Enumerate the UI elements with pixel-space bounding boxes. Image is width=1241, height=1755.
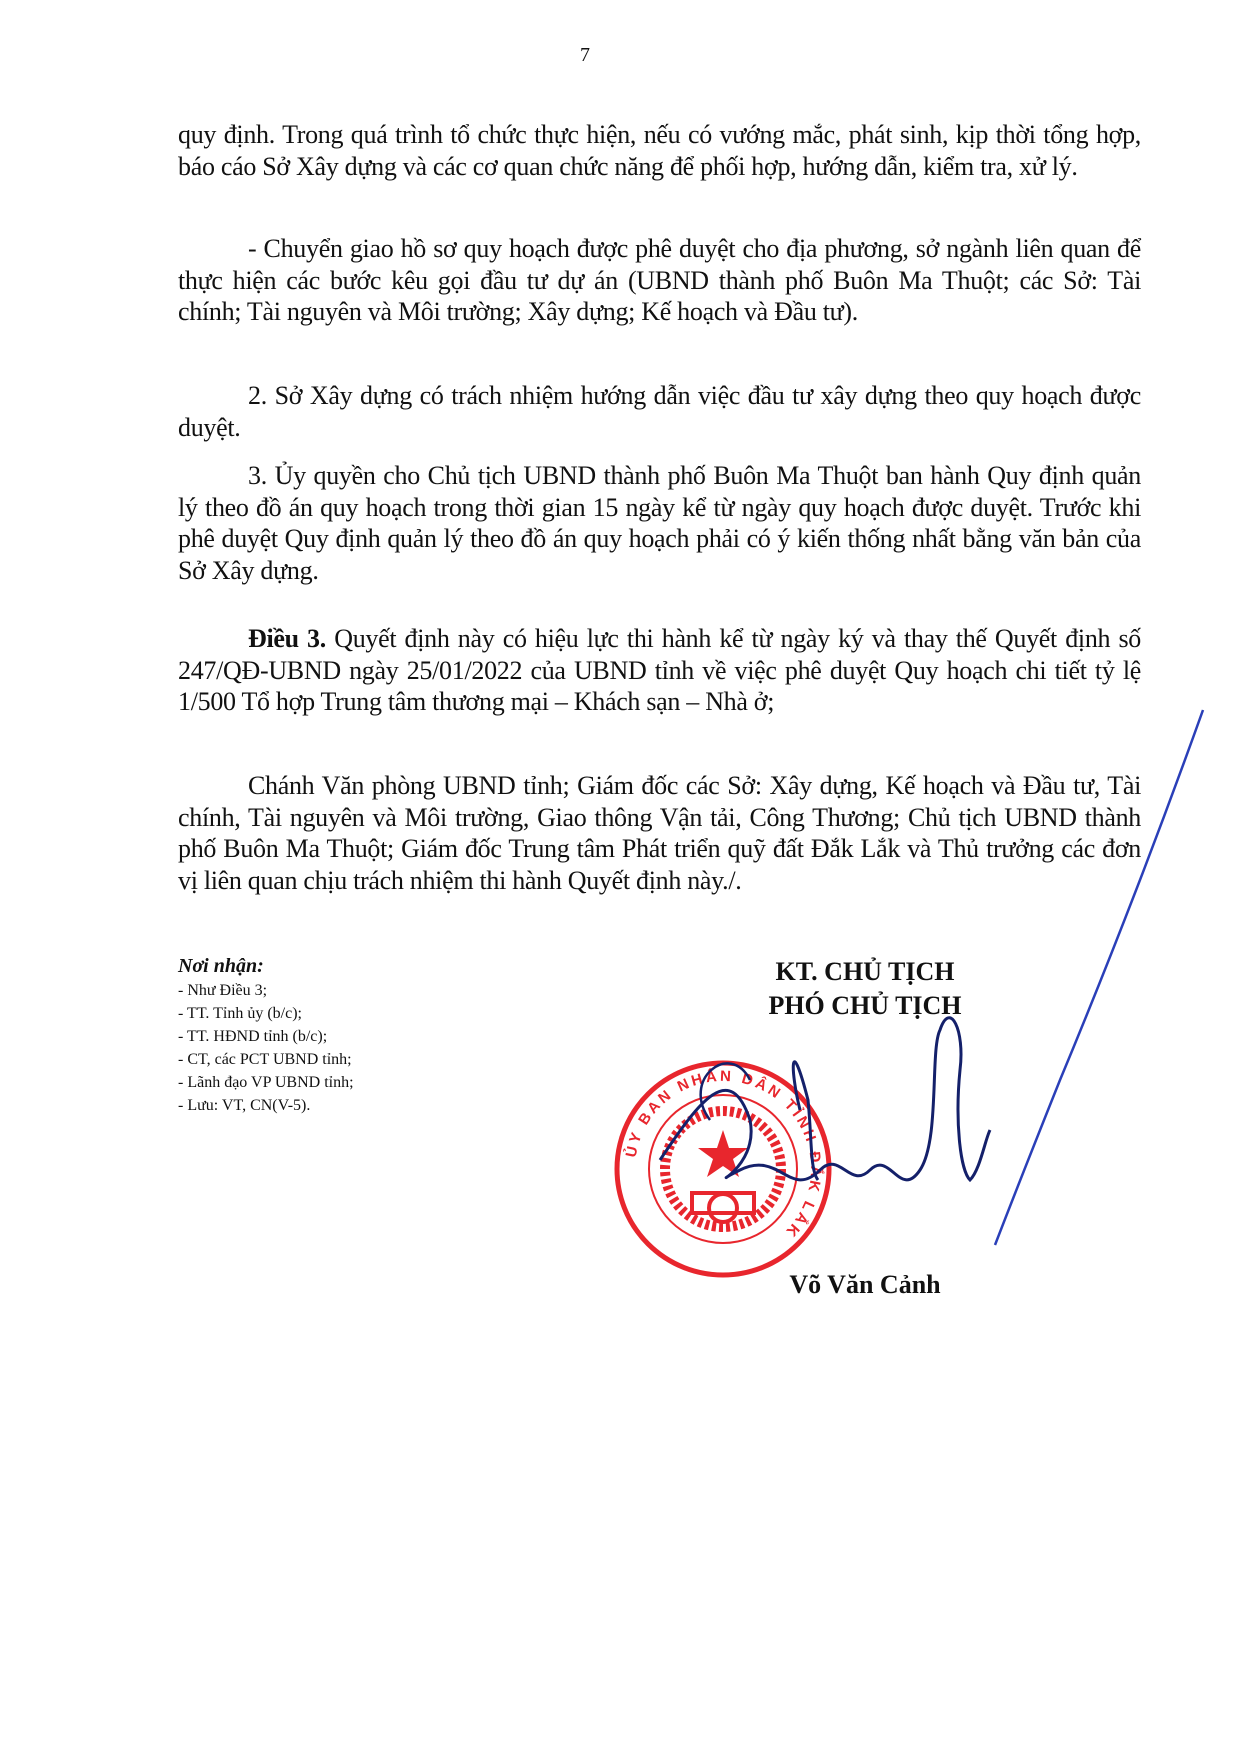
paragraph-continuation: quy định. Trong quá trình tổ chức thực h… [178, 119, 1141, 182]
recipients-block: Nơi nhận: - Như Điều 3; - TT. Tỉnh ủy (b… [178, 953, 354, 1117]
paragraph-text: - Chuyển giao hồ sơ quy hoạch được phê d… [178, 233, 1141, 328]
signer-name: Võ Văn Cảnh [680, 1270, 1050, 1300]
recipient-item: - TT. Tỉnh ủy (b/c); [178, 1002, 354, 1025]
recipients-title: Nơi nhận: [178, 953, 354, 979]
recipient-item: - TT. HĐND tỉnh (b/c); [178, 1025, 354, 1048]
paragraph-text: 2. Sở Xây dựng có trách nhiệm hướng dẫn … [178, 380, 1141, 443]
page-number: 7 [0, 44, 1170, 67]
recipient-item: - Như Điều 3; [178, 979, 354, 1002]
article-heading: Điều 3. [248, 624, 326, 653]
paragraph-transfer-records: - Chuyển giao hồ sơ quy hoạch được phê d… [178, 233, 1141, 328]
paragraph-item-3: 3. Ủy quyền cho Chủ tịch UBND thành phố … [178, 460, 1141, 586]
paragraph-text: 3. Ủy quyền cho Chủ tịch UBND thành phố … [178, 460, 1141, 586]
paragraph-item-2: 2. Sở Xây dựng có trách nhiệm hướng dẫn … [178, 380, 1141, 443]
handwritten-signature-icon [640, 700, 1220, 1260]
recipient-item: - CT, các PCT UBND tỉnh; [178, 1048, 354, 1071]
recipient-item: - Lưu: VT, CN(V-5). [178, 1094, 354, 1117]
recipient-item: - Lãnh đạo VP UBND tỉnh; [178, 1071, 354, 1094]
paragraph-text: quy định. Trong quá trình tổ chức thực h… [178, 119, 1141, 182]
